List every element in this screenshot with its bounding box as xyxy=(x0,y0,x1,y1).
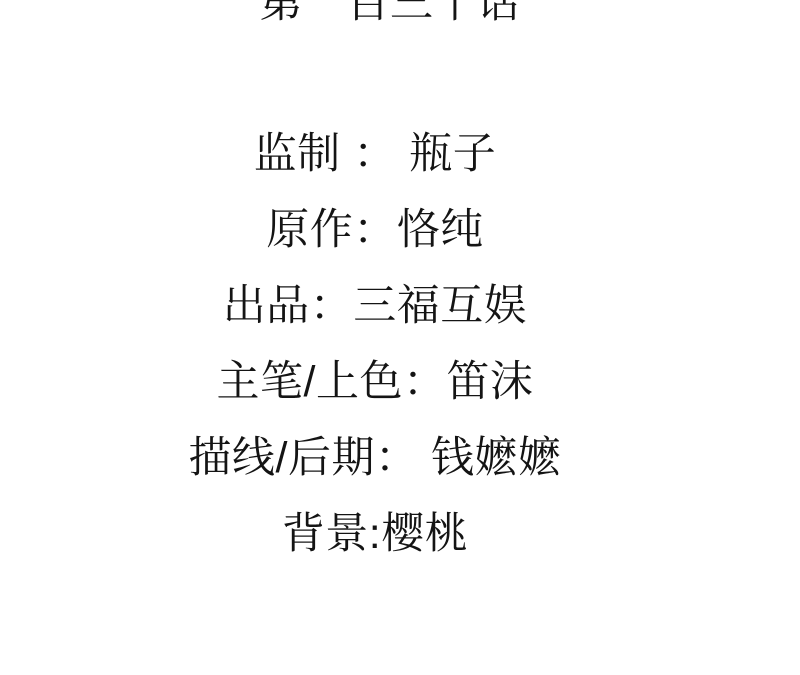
credit-line-producer: 出品：三福互娱 xyxy=(0,285,750,328)
credits-list: 监制 ： 瓶子 原作：恪纯 出品：三福互娱 主笔/上色：笛沫 描线/后期： 钱嬷… xyxy=(0,133,750,589)
credit-line-supervisor: 监制 ： 瓶子 xyxy=(0,133,750,176)
credit-line-lead-art-coloring: 主笔/上色：笛沫 xyxy=(0,361,750,404)
credits-page: 第一百三十话 监制 ： 瓶子 原作：恪纯 出品：三福互娱 主笔/上色：笛沫 描线… xyxy=(0,0,800,675)
credit-line-lineart-post: 描线/后期： 钱嬷嬷 xyxy=(0,437,750,480)
credit-line-background: 背景:樱桃 xyxy=(0,513,750,556)
chapter-title: 第一百三十话 xyxy=(0,0,780,25)
credit-line-original-author: 原作：恪纯 xyxy=(0,209,750,252)
